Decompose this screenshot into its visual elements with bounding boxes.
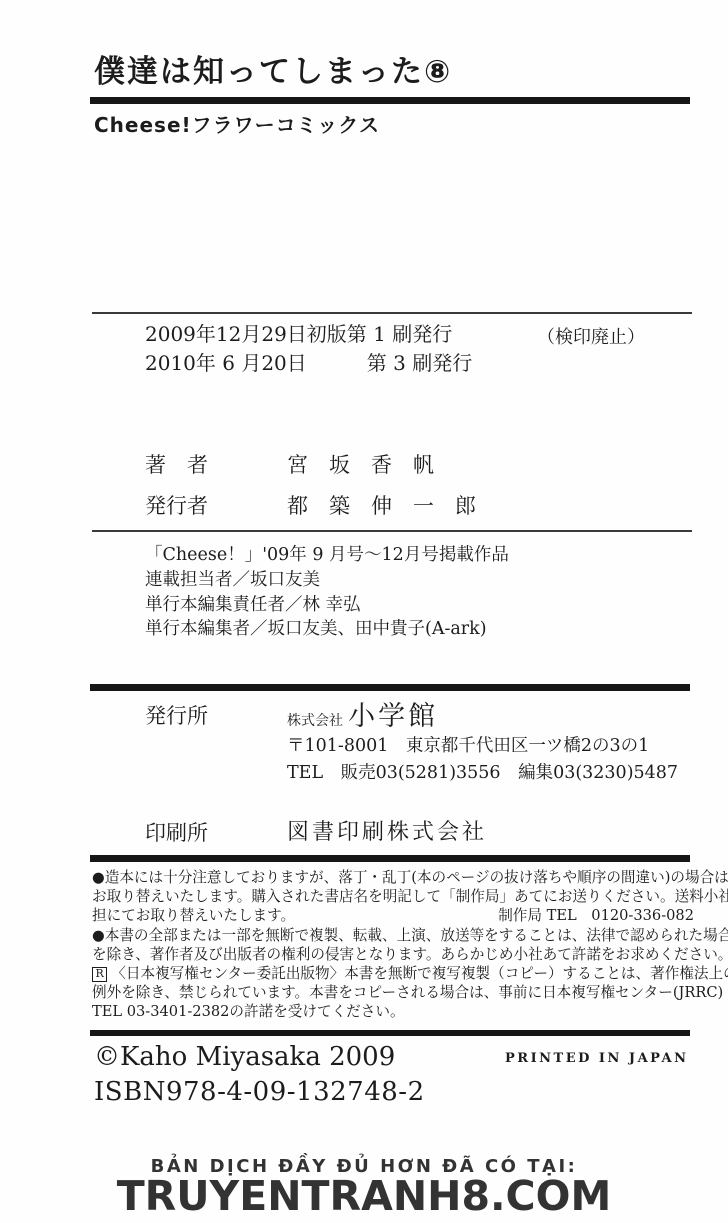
serialization-magazine-line: 「Cheese！」'09年 9 月号～12月号掲載作品 <box>145 543 509 568</box>
legal-defect-line-3-text: 担にてお取り替えいたします。 <box>92 906 295 925</box>
author-label: 著 者 <box>145 449 208 479</box>
legal-bottom-rule <box>90 1030 690 1036</box>
printing-dates: 2009年12月29日初版第 1 刷発行 2010年 6 月20日 第 3 刷発… <box>145 320 472 377</box>
serialization-info: 「Cheese！」'09年 9 月号～12月号掲載作品 連載担当者／坂口友美 単… <box>145 543 509 642</box>
publisher-person-name: 都 築 伸 一 郎 <box>287 490 476 520</box>
serialization-editor-line: 連載担当者／坂口友美 <box>145 568 509 593</box>
legal-jrrc-line-2: 例外を除き、禁じられています。本書をコピーされる場合は、事前に日本複写権センター… <box>92 983 694 1002</box>
translation-watermark-site: TRUYENTRANH8.COM <box>0 1172 728 1220</box>
legal-jrrc-line-1-text: 〈日本複写権センター委託出版物〉本書を無断で複写複製（コピー）することは、著作権… <box>111 965 728 982</box>
legal-defect-line-2: お取り替えいたします。購入された書店名を明記して「制作局」あてにお送りください。… <box>92 887 694 906</box>
printed-in-japan-text: PRINTED IN JAPAN <box>505 1051 688 1066</box>
registered-mark-icon: R <box>92 967 107 982</box>
printer-label: 印刷所 <box>145 817 208 847</box>
isbn-text: ISBN978-4-09-132748-2 <box>94 1077 425 1107</box>
publishing-house-label: 発行所 <box>145 700 208 730</box>
legal-defect-line-3: 担にてお取り替えいたします。 制作局 TEL 0120-336-082 <box>92 906 694 925</box>
tankobon-chief-editor-line: 単行本編集責任者／林 幸弘 <box>145 593 509 618</box>
printer-name: 図書印刷株式会社 <box>287 815 487 846</box>
publisher-person-label: 発行者 <box>145 490 208 520</box>
legal-jrrc-line-1: R〈日本複写権センター委託出版物〉本書を無断で複写複製（コピー）することは、著作… <box>92 964 694 983</box>
company-prefix: 株式会社 <box>287 713 343 729</box>
inspection-abolished-note: （検印廃止） <box>537 323 645 349</box>
company-telephone: TEL 販売03(5281)3556 編集03(3230)5487 <box>287 759 678 784</box>
company-address: 〒101-8001 東京都千代田区一ツ橋2の3の1 <box>287 732 649 757</box>
printing-section-rule <box>92 312 692 314</box>
third-printing-date: 2010年 6 月20日 第 3 刷発行 <box>145 349 472 378</box>
tankobon-editors-line: 単行本編集者／坂口友美、田中貴子(A-ark) <box>145 617 509 642</box>
legal-copyright-line-1: ●本書の全部または一部を無断で複製、転載、上演、放送等をすることは、法律で認めら… <box>92 926 694 945</box>
first-edition-date: 2009年12月29日初版第 1 刷発行 <box>145 320 472 349</box>
legal-defect-line-1: ●造本には十分注意しておりますが、落丁・乱丁(本のページの抜け落ちや順序の間違い… <box>92 868 694 887</box>
colophon-page: 僕達は知ってしまった⑧ Cheese!フラワーコミックス 2009年12月29日… <box>0 0 728 1223</box>
legal-jrrc-line-3: TEL 03-3401-2382の許諾を受けてください。 <box>92 1002 694 1021</box>
production-bureau-contact: 制作局 TEL 0120-336-082 <box>498 906 694 925</box>
title-divider-rule <box>90 97 690 104</box>
legal-notices: ●造本には十分注意しておりますが、落丁・乱丁(本のページの抜け落ちや順序の間違い… <box>92 868 694 1022</box>
credits-section-rule <box>92 530 692 532</box>
imprint-label: Cheese!フラワーコミックス <box>94 109 380 138</box>
page-title: 僕達は知ってしまった⑧ <box>94 46 452 91</box>
legal-copyright-line-2: を除き、著作者及び出版者の権利の侵害となります。あらかじめ小社あて許諾をお求めく… <box>92 945 694 964</box>
publishing-house-company: 株式会社 小学館 <box>287 694 438 733</box>
author-name: 宮 坂 香 帆 <box>287 449 434 479</box>
publisher-section-rule <box>90 684 690 691</box>
legal-top-rule <box>90 855 690 862</box>
company-name: 小学館 <box>348 701 438 732</box>
copyright-text: ©Kaho Miyasaka 2009 <box>94 1042 395 1072</box>
